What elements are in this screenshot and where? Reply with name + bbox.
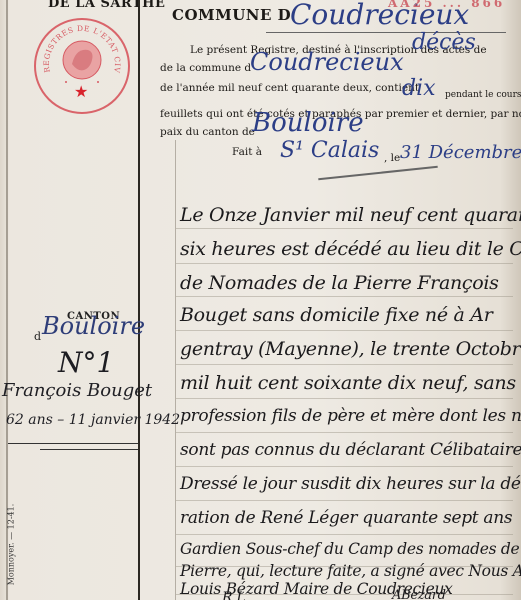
strike-line xyxy=(318,166,438,181)
entry-line-1: Le Onze Janvier mil neuf cent quarante d… xyxy=(180,204,521,226)
register-page: DE LA SARTHE REGISTRES DE L'ETAT CIVIL ★… xyxy=(0,0,521,600)
entry-line-4: Bouget sans domicile fixe né à Ar xyxy=(180,304,493,326)
ruled-line xyxy=(176,296,513,297)
entry-line-6: mil huit cent soixante dix neuf, sans xyxy=(180,372,516,394)
deceased-name: François Bouget xyxy=(2,380,152,401)
entry-line-12: Pierre, qui, lecture faite, a signé avec… xyxy=(180,562,521,580)
acts-type-value: décès xyxy=(412,30,476,55)
double-rule-top xyxy=(8,443,138,444)
printed-line-3: de l'année mil neuf cent quarante deux, … xyxy=(160,82,419,94)
printer-mark: Monnoyer. — 12-41. xyxy=(6,504,15,586)
entry-line-7: profession fils de père et mère dont les… xyxy=(180,406,521,426)
date-value: 31 Décembre 1941 xyxy=(400,142,521,163)
entry-line-10: ration de René Léger quarante sept ans xyxy=(180,508,512,528)
ruled-line xyxy=(176,398,513,399)
entry-line-5: gentray (Mayenne), le trente Octobre xyxy=(180,338,521,360)
declarant-signature: R.L. xyxy=(222,590,250,600)
printed-line-4: pendant le cours xyxy=(445,90,521,100)
ruled-line xyxy=(176,466,513,467)
ruled-line xyxy=(176,330,513,331)
place-value: S¹ Calais xyxy=(280,138,379,163)
column-divider xyxy=(138,0,140,600)
star-icon: ★ xyxy=(74,82,88,101)
double-rule-bottom xyxy=(40,449,138,450)
mayor-signature: ABezard xyxy=(392,588,446,600)
entry-line-2: six heures est décédé au lieu dit le Cam… xyxy=(180,238,521,260)
printed-fait-a: Fait à xyxy=(232,146,262,158)
margin-rule xyxy=(175,140,176,600)
ruled-line xyxy=(176,228,513,229)
entry-line-8: sont pas connus du déclarant Célibataire xyxy=(180,440,521,460)
civil-registry-seal-icon: REGISTRES DE L'ETAT CIVIL ★ xyxy=(34,18,130,114)
ruled-line xyxy=(176,364,513,365)
ruled-line xyxy=(176,432,513,433)
ruled-line xyxy=(176,263,513,264)
canton-field-value: Bouloire xyxy=(252,108,364,138)
page-count-value: dix xyxy=(402,76,436,101)
department-heading: DE LA SARTHE xyxy=(48,0,165,11)
entry-line-3: de Nomades de la Pierre François xyxy=(180,272,499,294)
commune-label: COMMUNE D xyxy=(172,6,291,24)
entry-line-11: Gardien Sous-chef du Camp des nomades de… xyxy=(180,540,521,558)
printed-line-2: de la commune d xyxy=(160,62,251,74)
printed-line-6: paix du canton de xyxy=(160,126,255,138)
entry-line-9: Dressé le jour susdit dix heures sur la … xyxy=(180,474,521,494)
act-number: N°1 xyxy=(58,346,114,379)
ruled-line xyxy=(176,500,513,501)
canton-value: Bouloire xyxy=(42,312,145,340)
commune-field-value: Coudrecieux xyxy=(250,48,404,76)
printed-le: , le xyxy=(384,152,400,164)
age-and-date: 62 ans – 11 janvier 1942 xyxy=(6,412,180,428)
register-stamp-code: AA25 ... 866 xyxy=(388,0,505,10)
ruled-line xyxy=(176,534,513,535)
canton-prefix: d xyxy=(34,330,41,343)
